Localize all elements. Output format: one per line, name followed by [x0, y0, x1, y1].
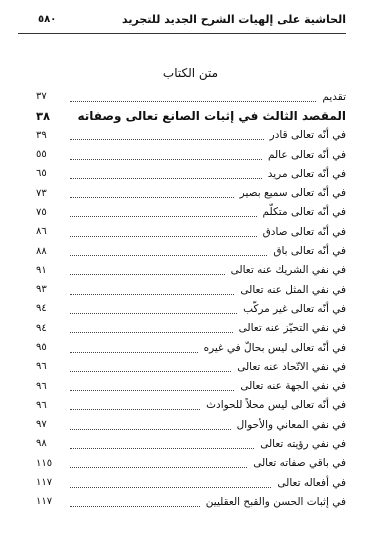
toc-entry-label: في أنّه تعالى قادر: [266, 129, 346, 141]
dot-leader: [70, 447, 254, 449]
dot-leader: [70, 466, 247, 468]
dot-leader: [70, 408, 200, 410]
toc-entry-label: في أنّه تعالى صادق: [259, 226, 346, 238]
toc-entry-label: في إثبات الحسن والقبح العقليين: [202, 496, 346, 508]
toc-entry: في باقي صفاته تعالى١١٥: [36, 454, 346, 473]
toc-entry: في نفي التحيّز عنه تعالى٩٤: [36, 319, 346, 338]
toc-entry-label: في أنّه تعالى مريد: [264, 168, 346, 180]
toc-entry-label: في أنّه تعالى غير مركّب: [239, 303, 346, 315]
toc-heading-row: المقصد الثالث في إثبات الصانع تعالى وصفا…: [36, 106, 346, 125]
toc-entry-page: ٩٤: [36, 303, 68, 314]
table-of-contents: تقديم٣٧المقصد الثالث في إثبات الصانع تعا…: [36, 87, 346, 512]
dot-leader: [70, 293, 234, 295]
toc-entry-page: ٩٥: [36, 342, 68, 353]
toc-entry-page: ٩٨: [36, 438, 68, 449]
toc-entry-page: ٩٧: [36, 419, 68, 430]
toc-entry: في أنّه تعالى مريد٦٥: [36, 164, 346, 183]
toc-entry-page: ١١٥: [36, 458, 68, 469]
dot-leader: [70, 370, 231, 372]
toc-entry: في إثبات الحسن والقبح العقليين١١٧: [36, 492, 346, 511]
dot-leader: [70, 119, 72, 120]
toc-entry-label: في نفي الشريك عنه تعالى: [227, 264, 346, 276]
dot-leader: [70, 177, 262, 179]
dot-leader: [70, 100, 316, 102]
toc-entry-label: في أنّه تعالى سميع بصير: [236, 187, 346, 199]
dot-leader: [70, 254, 267, 256]
toc-entry: في نفي المعاني والأحوال٩٧: [36, 415, 346, 434]
toc-entry: في أنّه تعالى ليس بحالّ في غيره٩٥: [36, 338, 346, 357]
dot-leader: [70, 389, 234, 391]
toc-entry-label: في نفي المعاني والأحوال: [233, 419, 346, 431]
dot-leader: [70, 138, 264, 140]
toc-entry-page: ٥٥: [36, 149, 68, 160]
toc-entry-label: في أنّه تعالى ليس بحالّ في غيره: [200, 342, 346, 354]
toc-entry-label: في أفعاله تعالى: [273, 477, 346, 489]
dot-leader: [70, 196, 234, 198]
toc-entry-label: في أنّه تعالى باق: [269, 245, 346, 257]
toc-entry: في نفي المثل عنه تعالى٩٣: [36, 280, 346, 299]
toc-entry-label: في باقي صفاته تعالى: [249, 457, 346, 469]
dot-leader: [70, 235, 257, 237]
toc-entry: في أنّه تعالى قادر٣٩: [36, 126, 346, 145]
running-title: الحاشية على إلهيات الشرح الجديد للتجريد: [122, 13, 346, 26]
toc-entry: في أنّه تعالى باق٨٨: [36, 241, 346, 260]
toc-entry-page: ٦٥: [36, 168, 68, 179]
toc-entry-page: ٣٧: [36, 91, 68, 102]
dot-leader: [70, 331, 233, 333]
toc-entry-page: ٧٣: [36, 188, 68, 199]
toc-entry-page: ٣٨: [36, 109, 68, 123]
dot-leader: [70, 215, 257, 217]
toc-entry: في نفي الجهة عنه تعالى٩٦: [36, 376, 346, 395]
toc-entry: في أنّه تعالى ليس محلاً للحوادث٩٦: [36, 396, 346, 415]
dot-leader: [70, 312, 237, 314]
toc-entry-label: في نفي الاتّحاد عنه تعالى: [233, 361, 346, 373]
header-rule: [18, 33, 346, 34]
toc-entry-page: ٩٦: [36, 400, 68, 411]
toc-entry-page: ١١٧: [36, 477, 68, 488]
running-header: الحاشية على إلهيات الشرح الجديد للتجريد …: [38, 13, 346, 29]
dot-leader: [70, 158, 262, 160]
toc-entry: في أنّه تعالى عالم٥٥: [36, 145, 346, 164]
toc-entry-label: المقصد الثالث في إثبات الصانع تعالى وصفا…: [74, 109, 347, 123]
toc-entry-page: ٩٤: [36, 323, 68, 334]
dot-leader: [70, 486, 271, 488]
toc-entry: في أنّه تعالى غير مركّب٩٤: [36, 299, 346, 318]
toc-entry-page: ٣٩: [36, 130, 68, 141]
toc-entry-label: في نفي التحيّز عنه تعالى: [235, 322, 346, 334]
toc-entry: في نفي رؤيته تعالى٩٨: [36, 434, 346, 453]
page-number: ٥٨٠: [38, 14, 56, 25]
toc-entry: في أنّه تعالى متكلّم٧٥: [36, 203, 346, 222]
toc-entry-page: ٩١: [36, 265, 68, 276]
toc-entry-label: في نفي المثل عنه تعالى: [236, 284, 346, 296]
toc-entry-page: ٨٦: [36, 226, 68, 237]
toc-entry-page: ٨٨: [36, 246, 68, 257]
section-title: متن الكتاب: [0, 66, 381, 80]
toc-entry-page: ١١٧: [36, 496, 68, 507]
toc-entry: في أنّه تعالى صادق٨٦: [36, 222, 346, 241]
dot-leader: [70, 351, 198, 353]
dot-leader: [70, 428, 231, 430]
toc-entry-page: ٧٥: [36, 207, 68, 218]
toc-entry-label: تقديم: [318, 91, 346, 103]
toc-entry: تقديم٣٧: [36, 87, 346, 106]
toc-entry-label: في نفي رؤيته تعالى: [256, 438, 346, 450]
dot-leader: [70, 505, 200, 507]
toc-entry: في نفي الاتّحاد عنه تعالى٩٦: [36, 357, 346, 376]
toc-entry-page: ٩٦: [36, 381, 68, 392]
toc-entry-label: في أنّه تعالى ليس محلاً للحوادث: [202, 399, 346, 411]
toc-entry: في أنّه تعالى سميع بصير٧٣: [36, 183, 346, 202]
toc-entry-page: ٩٣: [36, 284, 68, 295]
toc-entry-label: في نفي الجهة عنه تعالى: [236, 380, 346, 392]
toc-entry: في نفي الشريك عنه تعالى٩١: [36, 261, 346, 280]
toc-entry-label: في أنّه تعالى متكلّم: [259, 206, 346, 218]
toc-entry: في أفعاله تعالى١١٧: [36, 473, 346, 492]
toc-entry-page: ٩٦: [36, 361, 68, 372]
toc-entry-label: في أنّه تعالى عالم: [264, 149, 346, 161]
dot-leader: [70, 273, 225, 275]
